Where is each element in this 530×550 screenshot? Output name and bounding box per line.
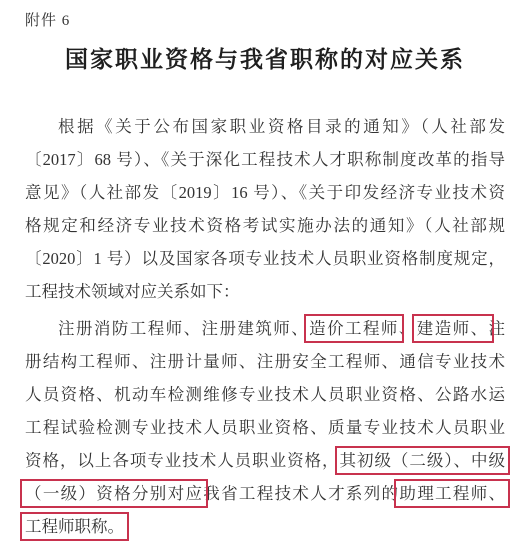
attachment-label: 附件 6 — [25, 10, 505, 32]
highlight-box: 建造师、 — [417, 319, 489, 338]
text-segment: 工程试验检测专业技术人员职业资格、质量专业技术人员职业 — [25, 418, 505, 437]
paragraph: 注册消防工程师、注册建筑师、造价工程师、建造师、注册结构工程师、注册计量师、注册… — [25, 312, 505, 543]
text-line: 〔2017〕68 号）、《关于深化工程技术人才职称制度改革的指导 — [25, 143, 505, 176]
text-line: 工程师职称。 — [25, 510, 505, 543]
text-line: 根据《关于公布国家职业资格目录的通知》（人社部发 — [25, 110, 505, 143]
document-body: 根据《关于公布国家职业资格目录的通知》（人社部发〔2017〕68 号）、《关于深… — [25, 110, 505, 543]
text-segment: 〔2017〕68 号）、《关于深化工程技术人才职称制度改革的指导 — [25, 150, 505, 169]
paragraph: 根据《关于公布国家职业资格目录的通知》（人社部发〔2017〕68 号）、《关于深… — [25, 110, 505, 308]
text-segment: 册结构工程师、注册计量师、注册安全工程师、通信专业技术 — [25, 352, 505, 371]
highlight-box: 工程师职称。 — [25, 517, 124, 536]
text-segment: 、 — [399, 319, 417, 338]
text-segment: 人员资格、机动车检测维修专业技术人员职业资格、公路水运 — [25, 385, 505, 404]
text-segment: 根据《关于公布国家职业资格目录的通知》（人社部发 — [58, 117, 505, 136]
text-line: （一级）资格分别对应我省工程技术人才系列的助理工程师、 — [25, 477, 505, 510]
text-line: 资格，以上各项专业技术人员职业资格，其初级（二级）、中级 — [25, 444, 505, 477]
text-segment: 我省工程技术人才系列的 — [203, 484, 399, 503]
text-line: 注册消防工程师、注册建筑师、造价工程师、建造师、注 — [25, 312, 505, 345]
highlight-box: 其初级（二级）、中级 — [340, 451, 506, 470]
highlight-box: 造价工程师 — [309, 319, 399, 338]
text-segment: 〔2020〕1 号）以及国家各项专业技术人员职业资格制度规定， — [25, 249, 505, 268]
document-page: 附件 6 国家职业资格与我省职称的对应关系 根据《关于公布国家职业资格目录的通知… — [0, 0, 530, 550]
text-line: 意见》（人社部发〔2019〕16 号）、《关于印发经济专业技术资 — [25, 176, 505, 209]
text-segment: 注 — [489, 319, 506, 338]
text-segment: 格规定和经济专业技术资格考试实施办法的通知》（人社部规 — [25, 216, 505, 235]
document-title: 国家职业资格与我省职称的对应关系 — [25, 44, 505, 74]
text-line: 工程试验检测专业技术人员职业资格、质量专业技术人员职业 — [25, 411, 505, 444]
text-segment: 意见》（人社部发〔2019〕16 号）、《关于印发经济专业技术资 — [25, 183, 505, 202]
text-line: 工程技术领域对应关系如下： — [25, 275, 505, 308]
text-segment: 资格，以上各项专业技术人员职业资格， — [25, 451, 340, 470]
highlight-box: （一级）资格分别对应 — [25, 484, 203, 503]
highlight-box: 助理工程师、 — [399, 484, 505, 503]
text-line: 人员资格、机动车检测维修专业技术人员职业资格、公路水运 — [25, 378, 505, 411]
text-segment: 注册消防工程师、注册建筑师、 — [58, 319, 309, 338]
text-line: 格规定和经济专业技术资格考试实施办法的通知》（人社部规 — [25, 209, 505, 242]
text-line: 〔2020〕1 号）以及国家各项专业技术人员职业资格制度规定， — [25, 242, 505, 275]
text-line: 册结构工程师、注册计量师、注册安全工程师、通信专业技术 — [25, 345, 505, 378]
text-segment: 工程技术领域对应关系如下： — [25, 282, 240, 301]
